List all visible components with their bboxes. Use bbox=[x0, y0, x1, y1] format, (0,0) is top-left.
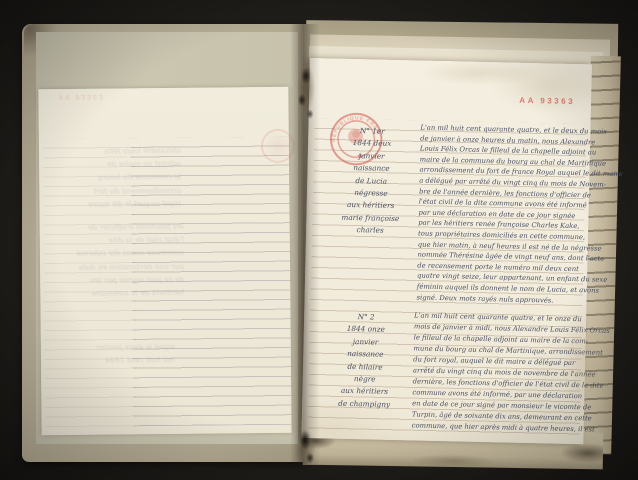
ink-showthrough-block: signé le deux janviermil huit cent 1844 bbox=[55, 340, 175, 368]
handwritten-line: arrondissement du fort bbox=[43, 183, 181, 198]
binding-damage-bottom bbox=[286, 418, 324, 474]
handwritten-line: signé le deux janvier bbox=[55, 340, 175, 354]
binding-damage-top bbox=[288, 48, 324, 126]
right-page: AA 93363 RÉPUBLIQUE FRANÇAISE ★ N° 1er18… bbox=[301, 58, 592, 444]
handwritten-line: par une déclaration en date bbox=[42, 259, 184, 274]
handwritten-line: héritiers de la commune bbox=[42, 286, 184, 301]
handwritten-line: mil huit cent 1844 bbox=[55, 353, 175, 367]
left-page: AA 93363 alexandre louis félixadjoint au… bbox=[38, 87, 291, 435]
handwritten-line: charles bbox=[326, 224, 414, 238]
handwritten-line: adjoint au maire de bbox=[43, 157, 181, 172]
archive-number-label: AA 93363 bbox=[519, 96, 575, 106]
register-book-scan: AA 93363 alexandre louis félixadjoint au… bbox=[0, 0, 638, 480]
handwritten-line: de ce jour signée par les bbox=[42, 273, 184, 288]
ink-showthrough-block: alexandre louis félixadjoint au maire de… bbox=[43, 144, 182, 211]
margin-note-entry-2: N° 21844 onzejanviernaissancede hilairen… bbox=[320, 310, 410, 411]
handwritten-line: commune avons été informé bbox=[42, 246, 184, 261]
margin-note-entry-1: N° 1er1844 deuxjanviernaissancede Lucian… bbox=[326, 124, 417, 238]
handwritten-line: l'état civil de la dite bbox=[42, 233, 184, 248]
handwritten-line: de champigny bbox=[320, 397, 408, 411]
act-text-entry-1: L'an mil huit cent quarante quatre, et l… bbox=[416, 123, 586, 307]
ink-showthrough-block: les fonctions d'officier del'état civil … bbox=[42, 220, 185, 301]
act-text-entry-2: L'an mil huit cent quarante quatre, et l… bbox=[412, 310, 583, 435]
handwritten-line: royal auquel le dit maire bbox=[43, 197, 181, 212]
faint-stamp-number: AA 93363 bbox=[58, 95, 104, 102]
handwritten-line: les fonctions d'officier de bbox=[42, 220, 184, 235]
handwritten-line: alexandre louis félix bbox=[43, 144, 181, 159]
handwritten-line: la commune du bourg bbox=[43, 170, 181, 185]
